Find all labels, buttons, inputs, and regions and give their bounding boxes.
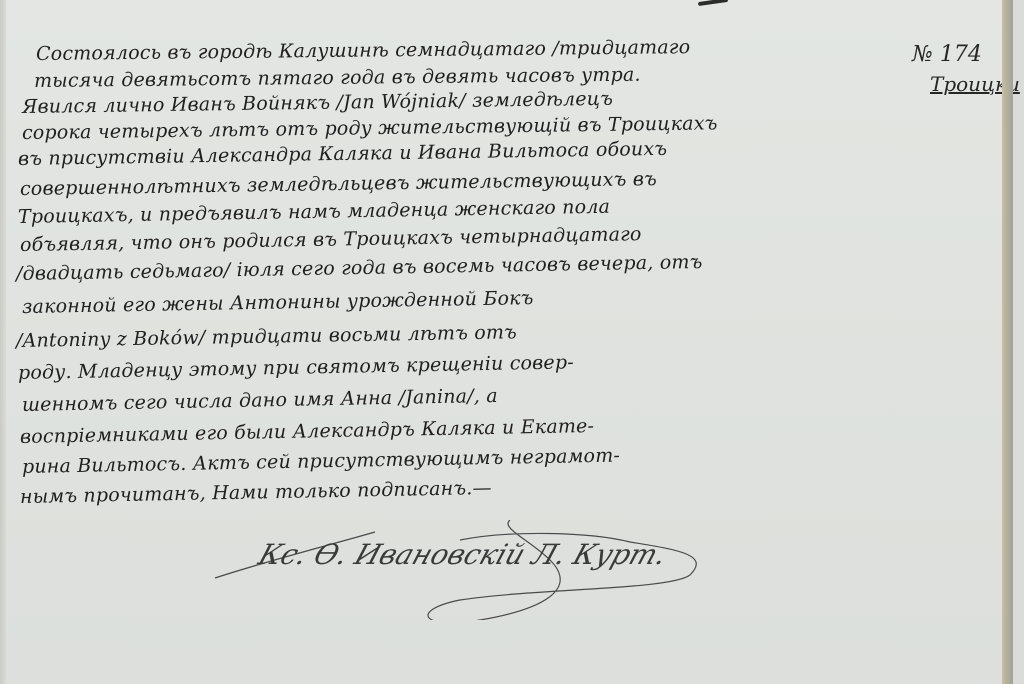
record-line-13: шенномъ сего числа дано имя Анна /Janina… xyxy=(22,385,498,416)
record-line-10: законной его жены Антонины урожденной Бо… xyxy=(22,287,534,318)
record-line-15: рина Вильтосъ. Актъ сей присутствующимъ … xyxy=(22,445,620,478)
record-line-7: Троицкахъ, и предъявилъ намъ младенца же… xyxy=(18,196,610,228)
signature-block: Кс. Ѳ. Ивановскій Л. Курт. xyxy=(210,520,810,620)
record-line-11: /Antoniny z Boków/ тридцати восьми лѣтъ … xyxy=(16,321,517,352)
signature-text: Кс. Ѳ. Ивановскій Л. Курт. xyxy=(255,538,671,571)
record-line-14: воспріемниками его были Александръ Каляк… xyxy=(20,415,595,448)
book-binding-edge xyxy=(1002,0,1013,684)
record-line-16: нымъ прочитанъ, Нами только подписанъ.— xyxy=(20,477,492,508)
record-line-8: объявляя, что онъ родился въ Троицкахъ ч… xyxy=(20,223,642,256)
record-number-label: № xyxy=(912,42,933,67)
record-line-6: совершеннолѣтнихъ земледѣльцевъ жительст… xyxy=(20,168,657,200)
record-number: № 174 xyxy=(912,42,982,67)
record-line-3: Явился лично Иванъ Войнякъ /Jan Wójniak/… xyxy=(22,88,613,118)
ink-stroke-from-previous-record xyxy=(698,0,728,6)
record-line-1: Состоялось въ городѣ Калушинѣ семнадцата… xyxy=(36,36,691,65)
record-number-value: 174 xyxy=(940,42,982,67)
document-page: Состоялось въ городѣ Калушинѣ семнадцата… xyxy=(0,0,1013,684)
record-line-12: роду. Младенцу этому при святомъ крещені… xyxy=(18,351,574,384)
page-left-edge xyxy=(0,0,6,684)
record-line-9: /двадцать седьмаго/ іюля сего года въ во… xyxy=(16,251,703,285)
